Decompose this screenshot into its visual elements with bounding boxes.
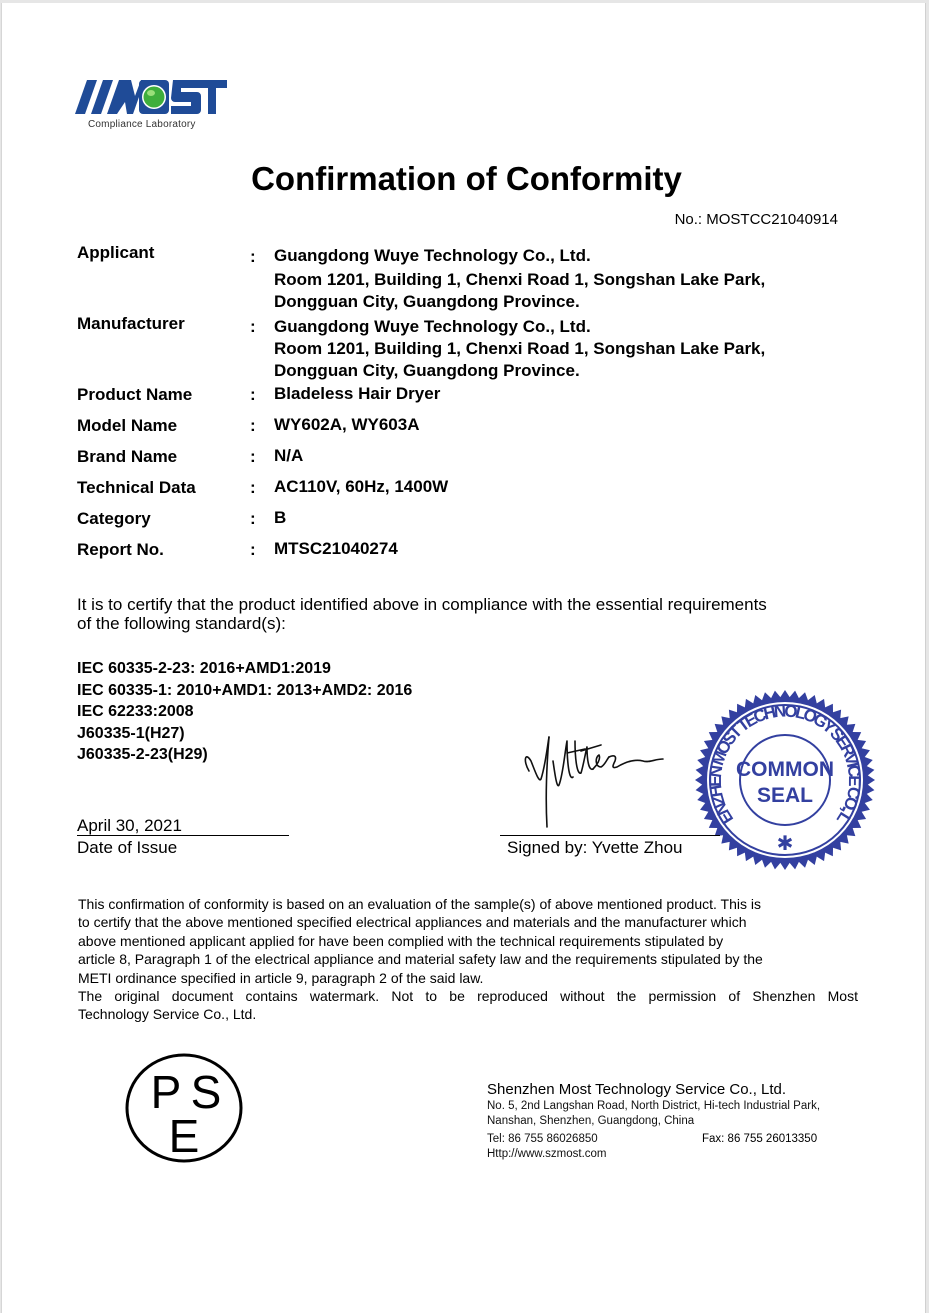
footer-address-line2: Nanshan, Shenzhen, Guangdong, China [487, 1115, 694, 1127]
footer-fax: Fax: 86 755 26013350 [702, 1133, 817, 1145]
footer-tel: Tel: 86 755 86026850 [487, 1133, 598, 1145]
logo-subtitle: Compliance Laboratory [88, 119, 196, 130]
field-label-technical-data: Technical Data [77, 478, 196, 498]
field-colon: : [250, 447, 256, 467]
standard-item: J60335-1(H27) [77, 723, 412, 745]
pse-mark-icon: P S E [124, 1052, 244, 1164]
field-colon: : [250, 509, 256, 529]
footer-website[interactable]: Http://www.szmost.com [487, 1148, 607, 1160]
field-value-product-name: Bladeless Hair Dryer [274, 383, 440, 405]
field-value-applicant: Guangdong Wuye Technology Co., Ltd. Room… [274, 245, 765, 313]
footer-company: Shenzhen Most Technology Service Co., Lt… [487, 1081, 786, 1098]
standard-item: IEC 60335-1: 2010+AMD1: 2013+AMD2: 2016 [77, 680, 412, 702]
field-colon: : [250, 317, 256, 337]
common-seal-icon: SHENZHEN MOST TECHNOLOGY SERVICE CO., LT… [694, 689, 876, 871]
field-colon: : [250, 385, 256, 405]
field-label-model-name: Model Name [77, 416, 177, 436]
svg-text:COMMON: COMMON [736, 758, 834, 781]
standards-list: IEC 60335-2-23: 2016+AMD1:2019 IEC 60335… [77, 658, 412, 766]
signature-icon [517, 731, 677, 831]
document-page: Compliance Laboratory Confirmation of Co… [1, 3, 926, 1313]
field-label-category: Category [77, 509, 151, 529]
standard-item: IEC 62233:2008 [77, 701, 412, 723]
signed-by: Signed by: Yvette Zhou [507, 838, 682, 858]
field-colon: : [250, 416, 256, 436]
issue-date: April 30, 2021 [77, 816, 182, 836]
signature-divider [500, 835, 720, 836]
field-value-category: B [274, 507, 286, 529]
field-value-manufacturer: Guangdong Wuye Technology Co., Ltd. Room… [274, 316, 765, 382]
field-value-model-name: WY602A, WY603A [274, 414, 420, 436]
field-label-report-no: Report No. [77, 540, 164, 560]
field-label-manufacturer: Manufacturer [77, 314, 185, 334]
date-divider [77, 835, 289, 836]
standard-item: IEC 60335-2-23: 2016+AMD1:2019 [77, 658, 412, 680]
field-colon: : [250, 540, 256, 560]
issue-date-label: Date of Issue [77, 838, 177, 858]
field-colon: : [250, 478, 256, 498]
document-number: No.: MOSTCC21040914 [675, 211, 838, 228]
svg-text:✱: ✱ [777, 831, 794, 855]
field-label-brand-name: Brand Name [77, 447, 177, 467]
field-label-product-name: Product Name [77, 385, 192, 405]
svg-text:SEAL: SEAL [757, 784, 813, 807]
field-value-brand-name: N/A [274, 445, 303, 467]
field-value-report-no: MTSC21040274 [274, 538, 398, 560]
standard-item: J60335-2-23(H29) [77, 744, 412, 766]
field-value-technical-data: AC110V, 60Hz, 1400W [274, 476, 448, 498]
document-title: Confirmation of Conformity [2, 160, 929, 198]
certification-statement: It is to certify that the product identi… [77, 595, 857, 633]
disclaimer-text: This confirmation of conformity is based… [78, 895, 858, 1024]
svg-text:E: E [169, 1110, 200, 1162]
footer-address-line1: No. 5, 2nd Langshan Road, North District… [487, 1100, 820, 1112]
field-colon: : [250, 247, 256, 267]
field-label-applicant: Applicant [77, 243, 154, 263]
